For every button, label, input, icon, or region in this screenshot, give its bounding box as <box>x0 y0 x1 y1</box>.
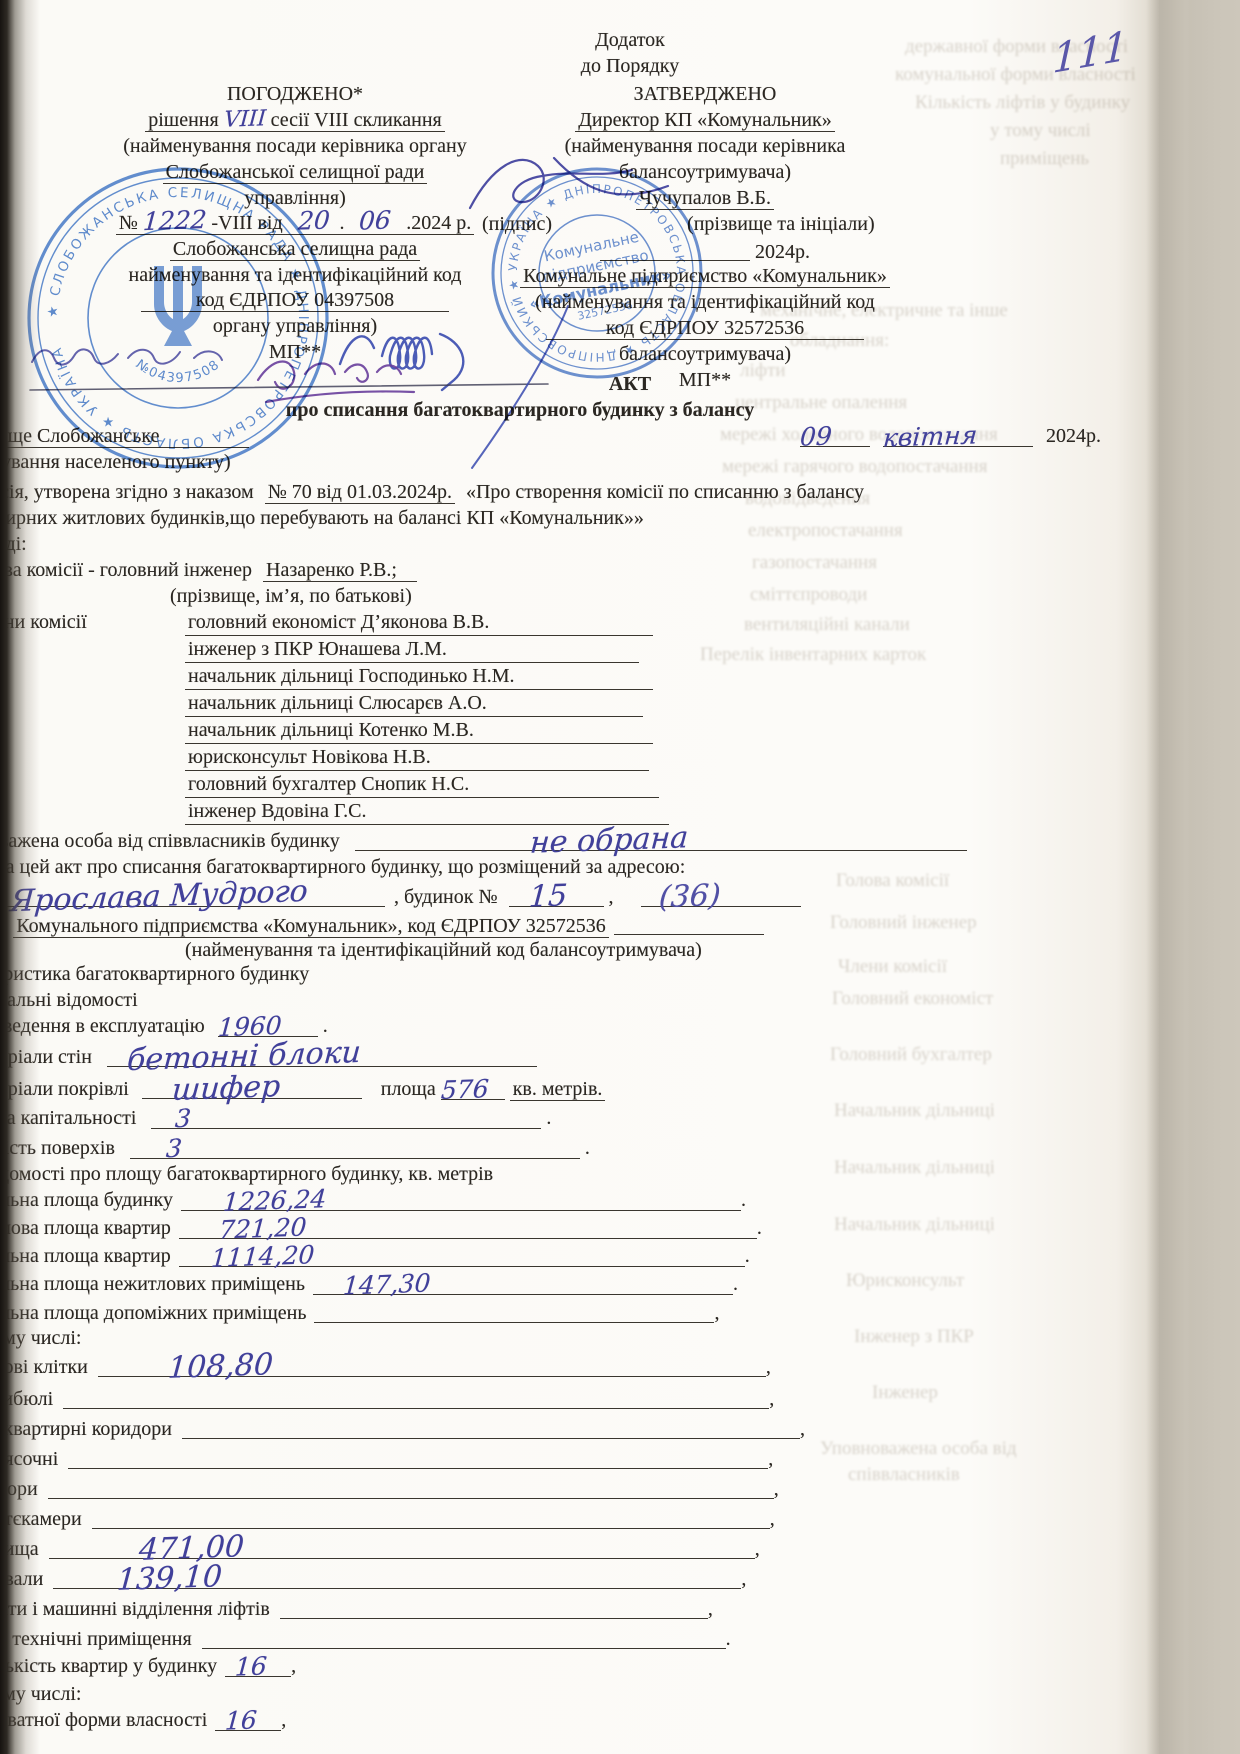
label: Уповноважена особа від співвласників буд… <box>0 830 340 852</box>
label: кв. метрів. <box>510 1078 606 1101</box>
approved-director: Директор КП «Комунальник» <box>420 108 990 133</box>
handwritten-session: VIII <box>223 110 266 130</box>
balance-line: з балансу Комунального підприємства «Ком… <box>0 912 764 939</box>
scanned-act-document: державної форми власності комунальної фо… <box>0 0 1240 1754</box>
label: Група капітальності <box>0 1107 136 1129</box>
area-row: Загальна площа допоміжних приміщень, <box>0 1300 719 1326</box>
bleedthrough-text: приміщень <box>1000 148 1089 170</box>
section-1: 1. Загальні відомості <box>0 988 138 1013</box>
field-floors: Кількість поверхів 3 . <box>0 1136 590 1161</box>
section-2: 2. Відомості про площу багатоквартирного… <box>0 1162 493 1187</box>
label: 2024р. <box>755 241 810 263</box>
handwritten-floors: 3 <box>165 1140 182 1159</box>
bleedthrough-text: Інженер з ПКР <box>854 1326 974 1348</box>
area-row: шахти і машинні відділення ліфтів, <box>0 1596 713 1622</box>
handwritten-street: Ярослава Мудрого <box>9 883 308 911</box>
area-row: підвали139,10, <box>0 1566 746 1592</box>
bleedthrough-text: Голова комісії <box>836 870 949 892</box>
area-row: приватної форми власності16, <box>0 1708 286 1733</box>
bleedthrough-text: вентиляційні канали <box>744 614 910 636</box>
balance-caption: (найменування та ідентифікаційний код ба… <box>185 938 702 963</box>
area-row: сходові клітки108,80, <box>0 1354 771 1380</box>
area-row: Загальна площа будинку1226,24. <box>0 1188 746 1213</box>
area-row: інші технічні приміщення. <box>0 1626 731 1652</box>
label: площа <box>381 1078 436 1100</box>
commission-head: Голова комісії - головний інженер Назаре… <box>0 558 417 583</box>
bleedthrough-text: Члени комісії <box>838 956 947 978</box>
commission-member: юрисконсульт Новікова Н.В. <box>185 745 649 771</box>
area-row: сміттєкамери, <box>0 1506 775 1532</box>
handwritten-house-number: 15 <box>528 887 567 906</box>
bleedthrough-text: Інженер <box>872 1382 938 1404</box>
field-wall-materials: Матеріали стін бетонні блоки <box>0 1044 537 1070</box>
bleedthrough-text: сміттєпроводи <box>750 584 867 606</box>
commission-members-label: Члени комісії <box>0 610 87 635</box>
handwritten-not-elected: не обрана <box>529 829 688 853</box>
act-date-line: 09 квітня 2024р. <box>800 424 1101 449</box>
commission-intro: складі: <box>0 532 27 557</box>
area-row: Загальна площа нежитлових приміщень147,3… <box>0 1272 738 1297</box>
bleedthrough-text: Начальник дільниці <box>834 1214 995 1236</box>
characteristics-title: Характеристика багатоквартирного будинку <box>0 962 309 987</box>
handwritten-alt-number: (36) <box>658 887 721 907</box>
commission-member: інженер Вдовіна Г.С. <box>185 799 669 825</box>
label: Рік введення в експлуатацію <box>0 1015 205 1037</box>
left-signatures <box>20 300 660 490</box>
handwritten-year: 1960 <box>217 1017 282 1037</box>
area-row: Кількість квартир у будинку16, <box>0 1654 296 1679</box>
director-signature <box>462 146 702 236</box>
pib-caption: (прізвище, ім’я, по батькові) <box>170 584 412 609</box>
commission-member: начальник дільниці Слюсарєв А.О. <box>185 691 643 717</box>
field-commissioning-year: Рік введення в експлуатацію 1960 . <box>0 1014 328 1039</box>
commission-intro: багатоквартирних житлових будинків,що пе… <box>0 506 644 531</box>
handwritten-roof-area: 576 <box>440 1080 489 1100</box>
balance-holder: Комунального підприємства «Комунальник»,… <box>13 915 608 938</box>
handwritten-month: квітня <box>882 426 977 447</box>
handwritten-capital-group: 3 <box>175 1110 192 1129</box>
area-row: горища471,00, <box>0 1536 760 1562</box>
field-capital-group: Група капітальності 3 . <box>0 1106 551 1131</box>
page-edge-right <box>1146 0 1240 1754</box>
label: Матеріали стін <box>0 1046 92 1068</box>
addendum-line: до Порядку <box>420 54 840 79</box>
address-line: Ярослава Мудрого , будинок № 15 , (36) <box>0 884 801 910</box>
name-caption: (прізвище та ініціали) <box>687 213 875 235</box>
handwritten-month: 06 <box>359 211 392 230</box>
label: Кількість поверхів <box>0 1137 115 1159</box>
commission-member: головний економіст Д’яконова В.В. <box>185 610 653 636</box>
commission-member: начальник дільниці Господинько Н.М. <box>185 664 653 690</box>
label: Матеріали покрівлі <box>0 1078 129 1100</box>
label: рішення <box>148 109 218 131</box>
made-act-line: склала цей акт про списання багатокварти… <box>0 855 685 880</box>
bleedthrough-text: співвласників <box>848 1464 960 1486</box>
bleedthrough-text: мережі гарячого водопостачання <box>722 456 987 478</box>
bleedthrough-text: Начальник дільниці <box>834 1100 995 1122</box>
bleedthrough-text: Уповноважена особа від <box>820 1438 1017 1460</box>
label: Голова комісії - головний інженер <box>0 559 252 581</box>
label: , <box>609 886 614 908</box>
head-name: Назаренко Р.В.; <box>263 559 417 582</box>
label: сесії VIII скликання <box>271 109 442 131</box>
commission-member: головний бухгалтер Снопик Н.С. <box>185 772 659 798</box>
label: , будинок № <box>394 886 498 908</box>
bleedthrough-text: Перелік інвентарних карток <box>700 644 926 666</box>
area-row: комори, <box>0 1476 779 1502</box>
addendum-line: Додаток <box>420 28 840 53</box>
bleedthrough-text: Головний бухгалтер <box>830 1044 992 1066</box>
area-row: колясочні, <box>0 1446 773 1472</box>
label: 2024р. <box>1046 425 1101 447</box>
area-row: у тому числі: <box>0 1326 81 1351</box>
commission-member: інженер з ПКР Юнашева Л.М. <box>185 637 639 663</box>
area-row: вестибюлі, <box>0 1386 774 1412</box>
bleedthrough-text: Юрисконсульт <box>846 1270 964 1292</box>
authorized-person-line: Уповноважена особа від співвласників буд… <box>0 828 967 854</box>
bleedthrough-text: електропостачання <box>748 520 903 542</box>
bleedthrough-text: Головний економіст <box>832 988 993 1010</box>
area-row: у тому числі: <box>0 1682 81 1707</box>
bleedthrough-text: газопостачання <box>752 552 877 574</box>
bleedthrough-text: у тому числі <box>990 120 1091 142</box>
area-row: Загальна площа квартир1114,20. <box>0 1244 750 1269</box>
area-row: Житлова площа квартир721,20. <box>0 1216 762 1241</box>
handwritten-roof: шифер <box>171 1078 280 1100</box>
handwritten-walls: бетонні блоки <box>126 1044 361 1070</box>
bleedthrough-text: Головний інженер <box>830 912 977 934</box>
approved-title: ЗАТВЕРДЖЕНО <box>420 82 990 107</box>
field-roof-materials: Матеріали покрівлі шифер площа 576 кв. м… <box>0 1076 605 1102</box>
bleedthrough-text: Начальник дільниці <box>834 1157 995 1179</box>
handwritten-day: 09 <box>799 427 832 446</box>
commission-member: начальник дільниці Котенко М.В. <box>185 718 653 744</box>
area-row: позаквартирні коридори, <box>0 1416 805 1442</box>
